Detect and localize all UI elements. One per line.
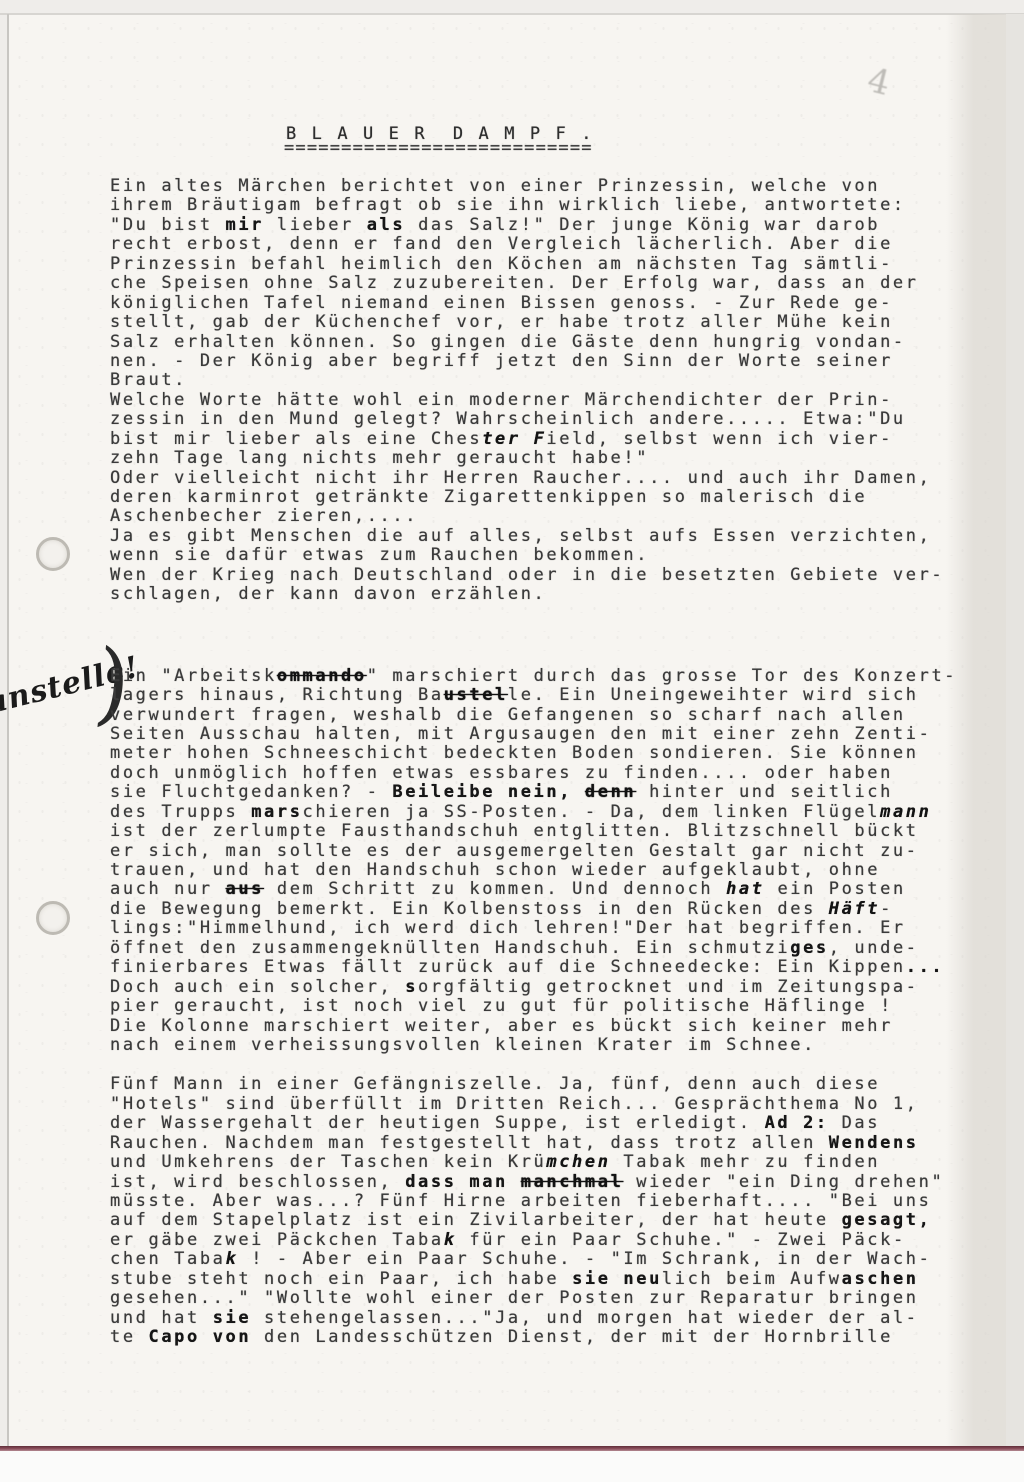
text-body: Ein altes Märchen berichtet von einer Pr…: [110, 177, 990, 1348]
typed-text-segment: Welche Worte hätte wohl ein moderner Mär…: [110, 390, 893, 410]
text-line: müsste. Aber was...? Fünf Hirne arbeiten…: [110, 1192, 990, 1211]
text-line: wenn sie dafür etwas zum Rauchen bekomme…: [110, 546, 990, 565]
overwritten-text-segment: F: [534, 429, 547, 449]
typed-text-segment: gesehen..." "Wollte wohl einer der Poste…: [110, 1288, 919, 1308]
typed-text-segment: Ein "Arbeitsk: [110, 666, 277, 686]
typed-text-segment: des Trupps: [110, 802, 251, 822]
overwritten-text-segment: k: [226, 1249, 239, 1269]
overwritten-text-segment: Beileibe nein,: [392, 782, 572, 802]
typed-text-segment: , unde-: [829, 938, 919, 958]
typed-text-segment: Fünf Mann in einer Gefängniszelle. Ja, f…: [110, 1074, 880, 1094]
typed-text-segment: Salz erhalten können. So gingen die Gäst…: [110, 332, 906, 352]
typed-text-segment: königlichen Tafel niemand einen Bissen g…: [110, 293, 893, 313]
text-line: auf dem Stapelplatz ist ein Zivilarbeite…: [110, 1211, 990, 1230]
typed-text-segment: stellt, gab der Küchenchef vor, er habe …: [110, 312, 893, 332]
text-line: öffnet den zusammengeknüllten Handschuh.…: [110, 939, 990, 958]
typed-text-segment: trauen, und hat den Handschuh schon wied…: [110, 860, 880, 880]
typed-text-segment: bist mir lieber als eine Ches: [110, 429, 482, 449]
scanned-page: 4 B L A U E R D A M P F . ==============…: [0, 0, 1024, 1482]
typed-text-segment: -: [880, 899, 893, 919]
typed-text-segment: und hat: [110, 1308, 213, 1328]
text-line: Prinzessin befahl heimlich den Köchen am…: [110, 255, 990, 274]
typed-text-segment: stehengelassen..."Ja, und morgen hat wie…: [251, 1308, 918, 1328]
typed-text-segment: den Landesschützen Dienst, der mit der H…: [251, 1327, 893, 1347]
overwritten-text-segment: als: [367, 215, 406, 235]
typed-text-segment: chen Taba: [110, 1249, 226, 1269]
typed-text-segment: Oder vielleicht nicht ihr Herren Raucher…: [110, 468, 931, 488]
overwritten-text-segment: aschen: [842, 1269, 919, 1289]
page-title-underline: ===========================: [284, 138, 593, 158]
text-line: verwundert fragen, weshalb die Gefangene…: [110, 706, 990, 725]
text-line: nen. - Der König aber begriff jetzt den …: [110, 352, 990, 371]
text-line: sie Fluchtgedanken? - Beileibe nein, den…: [110, 783, 990, 802]
text-line: Seiten Ausschau halten, mit Argusaugen d…: [110, 725, 990, 744]
typed-text-segment: " marschiert durch das grosse Tor des Ko…: [367, 666, 957, 686]
typed-text-segment: pier geraucht, ist noch viel zu gut für …: [110, 996, 893, 1016]
overwritten-text-segment: Häft: [829, 899, 880, 919]
typed-text-segment: Ja es gibt Menschen die auf alles, selbs…: [110, 526, 931, 546]
typed-text-segment: te: [110, 1327, 149, 1347]
text-line: Braut.: [110, 371, 990, 390]
text-line: deren karminrot getränkte Zigarettenkipp…: [110, 488, 990, 507]
text-line: Doch auch ein solcher, sorgfältig getroc…: [110, 978, 990, 997]
punch-hole: [36, 901, 70, 935]
typed-text-segment: Aschenbecher zieren,....: [110, 506, 418, 526]
typed-text-segment: öffnet den zusammengeknüllten Handschuh.…: [110, 938, 790, 958]
typed-text-segment: chieren ja SS-Posten. - Da, dem linken F…: [303, 802, 881, 822]
text-line: meter hohen Schneeschicht bedeckten Bode…: [110, 744, 990, 763]
text-line: recht erbost, denn er fand den Vergleich…: [110, 235, 990, 254]
typed-text-segment: [572, 782, 585, 802]
text-line: der Wassergehalt der heutigen Suppe, ist…: [110, 1114, 990, 1133]
typed-text-segment: meter hohen Schneeschicht bedeckten Bode…: [110, 743, 919, 763]
paragraph: Ein "Arbeitskommando" marschiert durch d…: [110, 667, 990, 1056]
typed-text-segment: zehn Tage lang nichts mehr geraucht habe…: [110, 448, 649, 468]
text-line: und hat sie stehengelassen..."Ja, und mo…: [110, 1309, 990, 1328]
scan-background-right: [1006, 14, 1024, 1446]
text-line: und Umkehrens der Taschen kein Krümchen …: [110, 1153, 990, 1172]
typed-text-segment: lieber: [264, 215, 367, 235]
typed-text-segment: müsste. Aber was...? Fünf Hirne arbeiten…: [110, 1191, 931, 1211]
typed-text-segment: Prinzessin befahl heimlich den Köchen am…: [110, 254, 893, 274]
text-line: er sich, man sollte es der ausgemergelte…: [110, 842, 990, 861]
text-line: lings:"Himmelhund, ich werd dich lehren!…: [110, 919, 990, 938]
overwritten-text-segment: Wendens: [829, 1133, 919, 1153]
paragraph: Ein altes Märchen berichtet von einer Pr…: [110, 177, 990, 605]
overwritten-text-segment: ges: [790, 938, 829, 958]
typed-text-segment: deren karminrot getränkte Zigarettenkipp…: [110, 487, 867, 507]
typed-text-segment: Seiten Ausschau halten, mit Argusaugen d…: [110, 724, 931, 744]
paper-top-edge: [0, 13, 1024, 15]
text-line: che Speisen ohne Salz zuzubereiten. Der …: [110, 274, 990, 293]
typed-text-segment: ! - Aber ein Paar Schuhe. - "Im Schrank,…: [238, 1249, 931, 1269]
typed-text-segment: ist der zerlumpte Fausthandschuh entglit…: [110, 821, 919, 841]
text-line: Ein "Arbeitskommando" marschiert durch d…: [110, 667, 990, 686]
paragraph: Fünf Mann in einer Gefängniszelle. Ja, f…: [110, 1075, 990, 1347]
overwritten-text-segment: ter: [482, 429, 533, 449]
typed-text-segment: auf dem Stapelplatz ist ein Zivilarbeite…: [110, 1210, 842, 1230]
overwritten-text-segment: sie: [213, 1308, 252, 1328]
text-line: nach einem verheissungsvollen kleinen Kr…: [110, 1036, 990, 1055]
punch-hole: [36, 537, 70, 571]
text-line: schlagen, der kann davon erzählen.: [110, 585, 990, 604]
text-line: ihrem Bräutigam befragt ob sie ihn wirkl…: [110, 196, 990, 215]
text-line: finierbares Etwas fällt zurück auf die S…: [110, 958, 990, 977]
typed-text-segment: Doch auch ein solcher,: [110, 977, 405, 997]
typed-text-segment: che Speisen ohne Salz zuzubereiten. Der …: [110, 273, 919, 293]
typed-text-segment: ist, wird beschlossen,: [110, 1172, 405, 1192]
typed-text-segment: wenn sie dafür etwas zum Rauchen bekomme…: [110, 545, 649, 565]
text-line: zessin in den Mund gelegt? Wahrscheinlic…: [110, 410, 990, 429]
text-line: "Hotels" sind überfüllt im Dritten Reich…: [110, 1095, 990, 1114]
text-line: stube steht noch ein Paar, ich habe sie …: [110, 1270, 990, 1289]
text-line: chen Tabak ! - Aber ein Paar Schuhe. - "…: [110, 1250, 990, 1269]
typed-text-segment: recht erbost, denn er fand den Vergleich…: [110, 234, 893, 254]
typed-text-segment: le. Ein Uneingeweihter wird sich: [508, 685, 919, 705]
typed-text-segment: lagers hinaus, Richtung Ba: [110, 685, 444, 705]
typed-text-segment: Tabak mehr zu finden: [611, 1152, 881, 1172]
text-line: auch nur aus dem Schritt zu kommen. Und …: [110, 880, 990, 899]
typed-text-segment: zessin in den Mund gelegt? Wahrscheinlic…: [110, 409, 906, 429]
text-line: Welche Worte hätte wohl ein moderner Mär…: [110, 391, 990, 410]
overwritten-text-segment: ...: [906, 957, 945, 977]
text-line: Wen der Krieg nach Deutschland oder in d…: [110, 566, 990, 585]
text-line: er gäbe zwei Päckchen Tabak für ein Paar…: [110, 1231, 990, 1250]
scan-background-bottom: [0, 1451, 1024, 1482]
text-line: Oder vielleicht nicht ihr Herren Raucher…: [110, 469, 990, 488]
typed-text-segment: er sich, man sollte es der ausgemergelte…: [110, 841, 919, 861]
text-line: Ja es gibt Menschen die auf alles, selbs…: [110, 527, 990, 546]
typed-text-segment: wieder "ein Ding drehen": [623, 1172, 944, 1192]
overwritten-text-segment: aus: [226, 879, 265, 899]
typed-text-segment: finierbares Etwas fällt zurück auf die S…: [110, 957, 906, 977]
overwritten-text-segment: k: [444, 1230, 457, 1250]
typed-text-segment: ield, selbst wenn ich vier-: [546, 429, 893, 449]
typed-text-segment: auch nur: [110, 879, 226, 899]
text-line: ist der zerlumpte Fausthandschuh entglit…: [110, 822, 990, 841]
text-line: lagers hinaus, Richtung Baustelle. Ein U…: [110, 686, 990, 705]
typed-text-segment: dem Schritt zu kommen. Und dennoch: [264, 879, 726, 899]
text-line: Ein altes Märchen berichtet von einer Pr…: [110, 177, 990, 196]
typed-text-segment: [508, 1172, 521, 1192]
text-line: doch unmöglich hoffen etwas essbares zu …: [110, 764, 990, 783]
typed-text-segment: sie Fluchtgedanken? -: [110, 782, 392, 802]
typed-text-segment: Braut.: [110, 370, 187, 390]
text-line: Die Kolonne marschiert weiter, aber es b…: [110, 1017, 990, 1036]
typed-text-segment: lings:"Himmelhund, ich werd dich lehren!…: [110, 918, 906, 938]
text-line: königlichen Tafel niemand einen Bissen g…: [110, 294, 990, 313]
overwritten-text-segment: sie neu: [572, 1269, 662, 1289]
text-line: stellt, gab der Küchenchef vor, er habe …: [110, 313, 990, 332]
text-line: te Capo von den Landesschützen Dienst, d…: [110, 1328, 990, 1347]
text-line: zehn Tage lang nichts mehr geraucht habe…: [110, 449, 990, 468]
typed-text-segment: Die Kolonne marschiert weiter, aber es b…: [110, 1016, 893, 1036]
text-line: die Bewegung bemerkt. Ein Kolbenstoss in…: [110, 900, 990, 919]
scan-edge-left: [7, 14, 9, 1446]
text-line: Fünf Mann in einer Gefängniszelle. Ja, f…: [110, 1075, 990, 1094]
typed-text-segment: hinter und seitlich: [636, 782, 893, 802]
typed-text-segment: Das: [829, 1113, 880, 1133]
text-line: pier geraucht, ist noch viel zu gut für …: [110, 997, 990, 1016]
typed-text-segment: lich beim Aufw: [662, 1269, 842, 1289]
overwritten-text-segment: ustel: [444, 685, 508, 705]
overwritten-text-segment: hat: [726, 879, 765, 899]
overwritten-text-segment: mann: [880, 802, 931, 822]
typed-text-segment: er gäbe zwei Päckchen Taba: [110, 1230, 444, 1250]
text-line: Aschenbecher zieren,....: [110, 507, 990, 526]
typed-text-segment: "Hotels" sind überfüllt im Dritten Reich…: [110, 1094, 919, 1114]
text-line: bist mir lieber als eine Chester Field, …: [110, 430, 990, 449]
typed-text-segment: das Salz!" Der junge König war darob: [405, 215, 880, 235]
typed-text-segment: "Du bist: [110, 215, 226, 235]
typed-text-segment: nach einem verheissungsvollen kleinen Kr…: [110, 1035, 816, 1055]
overwritten-text-segment: dass man: [405, 1172, 508, 1192]
typed-text-segment: die Bewegung bemerkt. Ein Kolbenstoss in…: [110, 899, 829, 919]
typed-text-segment: schlagen, der kann davon erzählen.: [110, 584, 546, 604]
overwritten-text-segment: Ad 2:: [765, 1113, 829, 1133]
typed-text-segment: stube steht noch ein Paar, ich habe: [110, 1269, 572, 1289]
overwritten-text-segment: mchen: [546, 1152, 610, 1172]
overwritten-text-segment: denn: [585, 782, 636, 802]
overwritten-text-segment: Capo von: [149, 1327, 252, 1347]
typed-text-segment: doch unmöglich hoffen etwas essbares zu …: [110, 763, 893, 783]
text-line: gesehen..." "Wollte wohl einer der Poste…: [110, 1289, 990, 1308]
overwritten-text-segment: gesagt,: [842, 1210, 932, 1230]
typed-text-segment: verwundert fragen, weshalb die Gefangene…: [110, 705, 906, 725]
typed-text-segment: Ein altes Märchen berichtet von einer Pr…: [110, 176, 880, 196]
typed-text-segment: orgfältig getrocknet und im Zeitungspa-: [418, 977, 919, 997]
text-line: trauen, und hat den Handschuh schon wied…: [110, 861, 990, 880]
text-line: Rauchen. Nachdem man festgestellt hat, d…: [110, 1134, 990, 1153]
typed-text-segment: der Wassergehalt der heutigen Suppe, ist…: [110, 1113, 765, 1133]
overwritten-text-segment: mars: [251, 802, 302, 822]
text-line: Salz erhalten können. So gingen die Gäst…: [110, 333, 990, 352]
typed-text-segment: ihrem Bräutigam befragt ob sie ihn wirkl…: [110, 195, 906, 215]
text-line: ist, wird beschlossen, dass man manchmal…: [110, 1173, 990, 1192]
overwritten-text-segment: manchmal: [521, 1172, 624, 1192]
text-line: des Trupps marschieren ja SS-Posten. - D…: [110, 803, 990, 822]
text-line: "Du bist mir lieber als das Salz!" Der j…: [110, 216, 990, 235]
typed-text-segment: und Umkehrens der Taschen kein Krü: [110, 1152, 546, 1172]
overwritten-text-segment: ommando: [277, 666, 367, 686]
overwritten-text-segment: mir: [226, 215, 265, 235]
typed-text-segment: Rauchen. Nachdem man festgestellt hat, d…: [110, 1133, 829, 1153]
typed-text-segment: für ein Paar Schuhe." - Zwei Päck-: [457, 1230, 906, 1250]
overwritten-text-segment: s: [405, 977, 418, 997]
typed-text-segment: nen. - Der König aber begriff jetzt den …: [110, 351, 893, 371]
typed-text-segment: ein Posten: [765, 879, 906, 899]
typed-text-segment: Wen der Krieg nach Deutschland oder in d…: [110, 565, 944, 585]
